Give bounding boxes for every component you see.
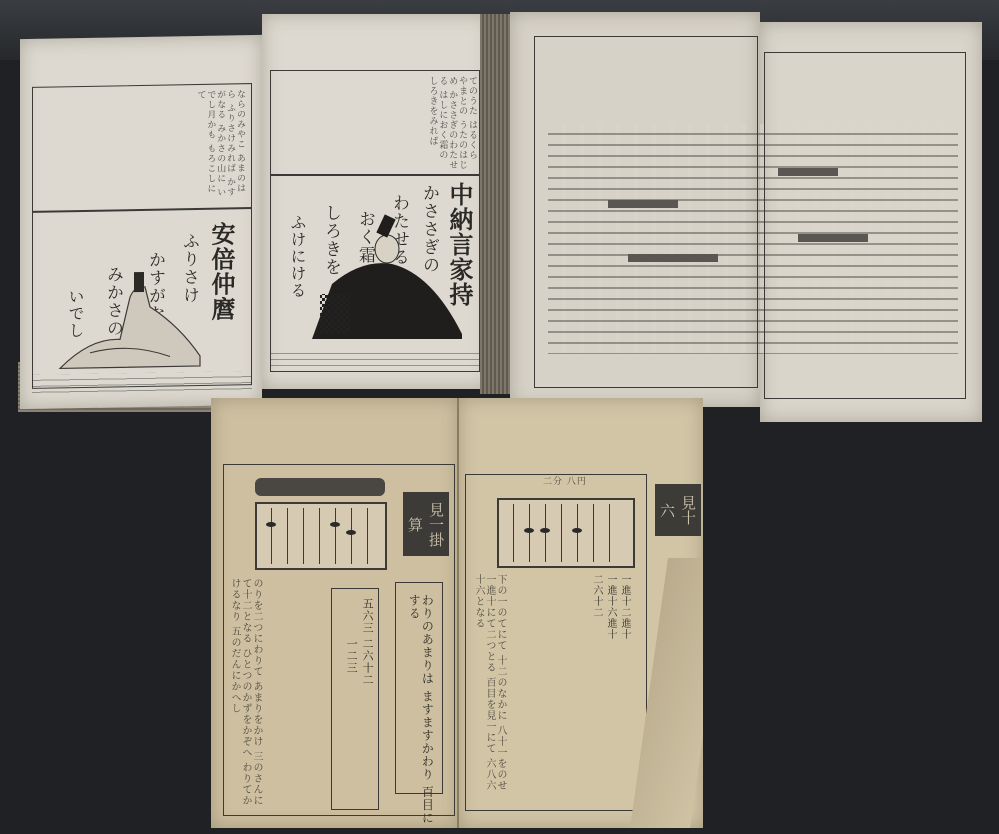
section-label: 見十六 — [655, 484, 701, 536]
abacus-diagram — [255, 502, 387, 570]
table-value: 五六三 — [361, 598, 373, 634]
table-value: 二六十二 — [361, 638, 373, 686]
body-text: のりを二つにわりて あまりをかけ 三のさんにて十二となる ひとつのかずをかぞへ … — [229, 578, 262, 808]
map-block — [628, 254, 718, 262]
poetry-right-page: てのうた はるくら やまとの うたのはじめ かささぎのわたせる はしにおく霜の … — [262, 14, 490, 389]
map-block — [798, 234, 868, 242]
map-book — [478, 4, 993, 429]
header-band — [255, 478, 385, 496]
note-text: わりのあまりは ますますかわり 百目にする — [407, 594, 433, 828]
poetry-book: ならのみやこ あまのはら ふりさけみれば かすがなる みかさの山に いでし月かも… — [14, 12, 494, 412]
poem-commentary: てのうた はるくら やまとの うたのはじめ かささぎのわたせる はしにおく霜の … — [427, 76, 476, 171]
section-label: 見一掛算 — [403, 492, 449, 556]
map-block — [778, 168, 838, 176]
courtier-illustration — [50, 266, 210, 379]
map-block — [608, 200, 678, 208]
abacus-right-page: 二分 八円 見十六 一進十二進十 一進十六進十 二六十二 下の一のてにて 十二の… — [459, 398, 703, 828]
table-value: 一進十二進十 — [619, 574, 630, 640]
wave-border — [270, 348, 480, 370]
table-value: 一進十六進十 — [605, 574, 616, 640]
courtier-illustration — [292, 214, 472, 344]
abacus-diagram — [497, 498, 635, 568]
table-value: 一二三 — [345, 638, 357, 674]
map-grid — [548, 124, 958, 354]
divider — [270, 174, 480, 176]
body-text: 下の一のてにて 十二のなかに 八十一をのせ 一進十にて二つとる 百目を見一にて … — [473, 574, 506, 799]
table-value: 二六十二 — [591, 574, 602, 618]
abacus-left-page: 見一掛算 五六三 一二三 二六十二 わりのあまりは ますますかわり 百目にする … — [211, 398, 459, 828]
abacus-book: 見一掛算 五六三 一二三 二六十二 わりのあまりは ますますかわり 百目にする … — [205, 394, 705, 834]
poet-name: 安倍仲麿 — [208, 221, 234, 321]
poetry-left-page: ならのみやこ あまのはら ふりさけみれば かすがなる みかさの山に いでし月かも… — [20, 35, 262, 409]
poem-commentary: ならのみやこ あまのはら ふりさけみれば かすがなる みかさの山に いでし月かも… — [195, 89, 244, 200]
abacus-header: 二分 八円 — [543, 478, 587, 488]
